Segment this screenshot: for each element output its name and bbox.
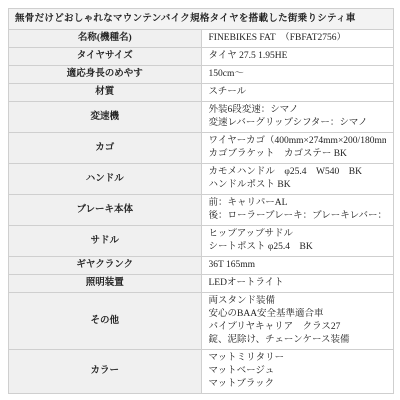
row-label: その他 bbox=[9, 293, 202, 350]
spec-table: 無骨だけどおしゃれなマウンテンバイク規格タイヤを搭載した街乗りシティ車 名称(機… bbox=[8, 8, 394, 394]
row-value: 両スタンド装備 安心のBAA安全基準適合車 パイプリヤキャリア クラス27 錠、… bbox=[201, 293, 394, 350]
page-title: 無骨だけどおしゃれなマウンテンバイク規格タイヤを搭載した街乗りシティ車 bbox=[9, 9, 394, 30]
spec-row-other: その他 両スタンド装備 安心のBAA安全基準適合車 パイプリヤキャリア クラス2… bbox=[9, 293, 394, 350]
value-line: マットベージュ bbox=[209, 365, 387, 378]
row-label: タイヤサイズ bbox=[9, 48, 202, 66]
value-line: FINEBIKES FAT （FBFAT2756） bbox=[209, 32, 387, 45]
row-label: ギヤクランク bbox=[9, 257, 202, 275]
row-value: ワイヤーカゴ（400mm×274mm×200/180mm）スチール カゴブラケッ… bbox=[201, 133, 394, 164]
row-value: 150cm～ bbox=[201, 66, 394, 84]
value-line: ハンドルポスト BK bbox=[209, 179, 387, 192]
spec-row-gear-crank: ギヤクランク 36T 165mm bbox=[9, 257, 394, 275]
value-line: 後：ローラーブレーキ：ブレーキレバー：黒／黒 bbox=[209, 210, 387, 223]
row-value: ヒップアップサドル シートポスト φ25.4 BK bbox=[201, 226, 394, 257]
row-value: LEDオートライト bbox=[201, 275, 394, 293]
row-label: カラー bbox=[9, 350, 202, 394]
value-line: パイプリヤキャリア クラス27 bbox=[209, 321, 387, 334]
row-label: カゴ bbox=[9, 133, 202, 164]
value-line: ワイヤーカゴ（400mm×274mm×200/180mm）スチール bbox=[209, 135, 387, 148]
value-line: 安心のBAA安全基準適合車 bbox=[209, 308, 387, 321]
value-line: 外装6段変速：シマノ bbox=[209, 104, 387, 117]
spec-row-saddle: サドル ヒップアップサドル シートポスト φ25.4 BK bbox=[9, 226, 394, 257]
row-label: 名称(機種名) bbox=[9, 30, 202, 48]
value-line: ヒップアップサドル bbox=[209, 228, 387, 241]
row-value: カモメハンドル φ25.4 W540 BK ハンドルポスト BK bbox=[201, 164, 394, 195]
spec-row-handlebar: ハンドル カモメハンドル φ25.4 W540 BK ハンドルポスト BK bbox=[9, 164, 394, 195]
row-value: タイヤ 27.5 1.95HE bbox=[201, 48, 394, 66]
value-line: スチール bbox=[209, 86, 387, 99]
spec-row-height: 適応身長のめやす 150cm～ bbox=[9, 66, 394, 84]
row-label: 適応身長のめやす bbox=[9, 66, 202, 84]
title-row: 無骨だけどおしゃれなマウンテンバイク規格タイヤを搭載した街乗りシティ車 bbox=[9, 9, 394, 30]
row-label: 照明装置 bbox=[9, 275, 202, 293]
row-value: 外装6段変速：シマノ 変速レバーグリップシフター：シマノ bbox=[201, 102, 394, 133]
row-label: サドル bbox=[9, 226, 202, 257]
value-line: LEDオートライト bbox=[209, 277, 387, 290]
value-line: 錠、泥除け、チェーンケース装備 bbox=[209, 334, 387, 347]
value-line: 変速レバーグリップシフター：シマノ bbox=[209, 117, 387, 130]
value-line: マットブラック bbox=[209, 378, 387, 391]
spec-row-tire-size: タイヤサイズ タイヤ 27.5 1.95HE bbox=[9, 48, 394, 66]
row-label: 変速機 bbox=[9, 102, 202, 133]
value-line: タイヤ 27.5 1.95HE bbox=[209, 50, 387, 63]
row-value: スチール bbox=[201, 84, 394, 102]
value-line: 両スタンド装備 bbox=[209, 295, 387, 308]
spec-row-gears: 変速機 外装6段変速：シマノ 変速レバーグリップシフター：シマノ bbox=[9, 102, 394, 133]
spec-row-lighting: 照明装置 LEDオートライト bbox=[9, 275, 394, 293]
value-line: マットミリタリー bbox=[209, 352, 387, 365]
row-value: マットミリタリー マットベージュ マットブラック bbox=[201, 350, 394, 394]
spec-sheet: 無骨だけどおしゃれなマウンテンバイク規格タイヤを搭載した街乗りシティ車 名称(機… bbox=[0, 0, 400, 394]
value-line: 36T 165mm bbox=[209, 259, 387, 272]
row-value: 前：キャリパーAL 後：ローラーブレーキ：ブレーキレバー：黒／黒 bbox=[201, 195, 394, 226]
row-label: ブレーキ本体 bbox=[9, 195, 202, 226]
spec-row-basket: カゴ ワイヤーカゴ（400mm×274mm×200/180mm）スチール カゴブ… bbox=[9, 133, 394, 164]
spec-row-model: 名称(機種名) FINEBIKES FAT （FBFAT2756） bbox=[9, 30, 394, 48]
value-line: 前：キャリパーAL bbox=[209, 197, 387, 210]
value-line: カモメハンドル φ25.4 W540 BK bbox=[209, 166, 387, 179]
row-label: ハンドル bbox=[9, 164, 202, 195]
row-value: 36T 165mm bbox=[201, 257, 394, 275]
spec-row-color: カラー マットミリタリー マットベージュ マットブラック bbox=[9, 350, 394, 394]
value-line: シートポスト φ25.4 BK bbox=[209, 241, 387, 254]
row-label: 材質 bbox=[9, 84, 202, 102]
spec-row-brakes: ブレーキ本体 前：キャリパーAL 後：ローラーブレーキ：ブレーキレバー：黒／黒 bbox=[9, 195, 394, 226]
row-value: FINEBIKES FAT （FBFAT2756） bbox=[201, 30, 394, 48]
value-line: カゴブラケット カゴステー BK bbox=[209, 148, 387, 161]
value-line: 150cm～ bbox=[209, 68, 387, 81]
spec-row-material: 材質 スチール bbox=[9, 84, 394, 102]
